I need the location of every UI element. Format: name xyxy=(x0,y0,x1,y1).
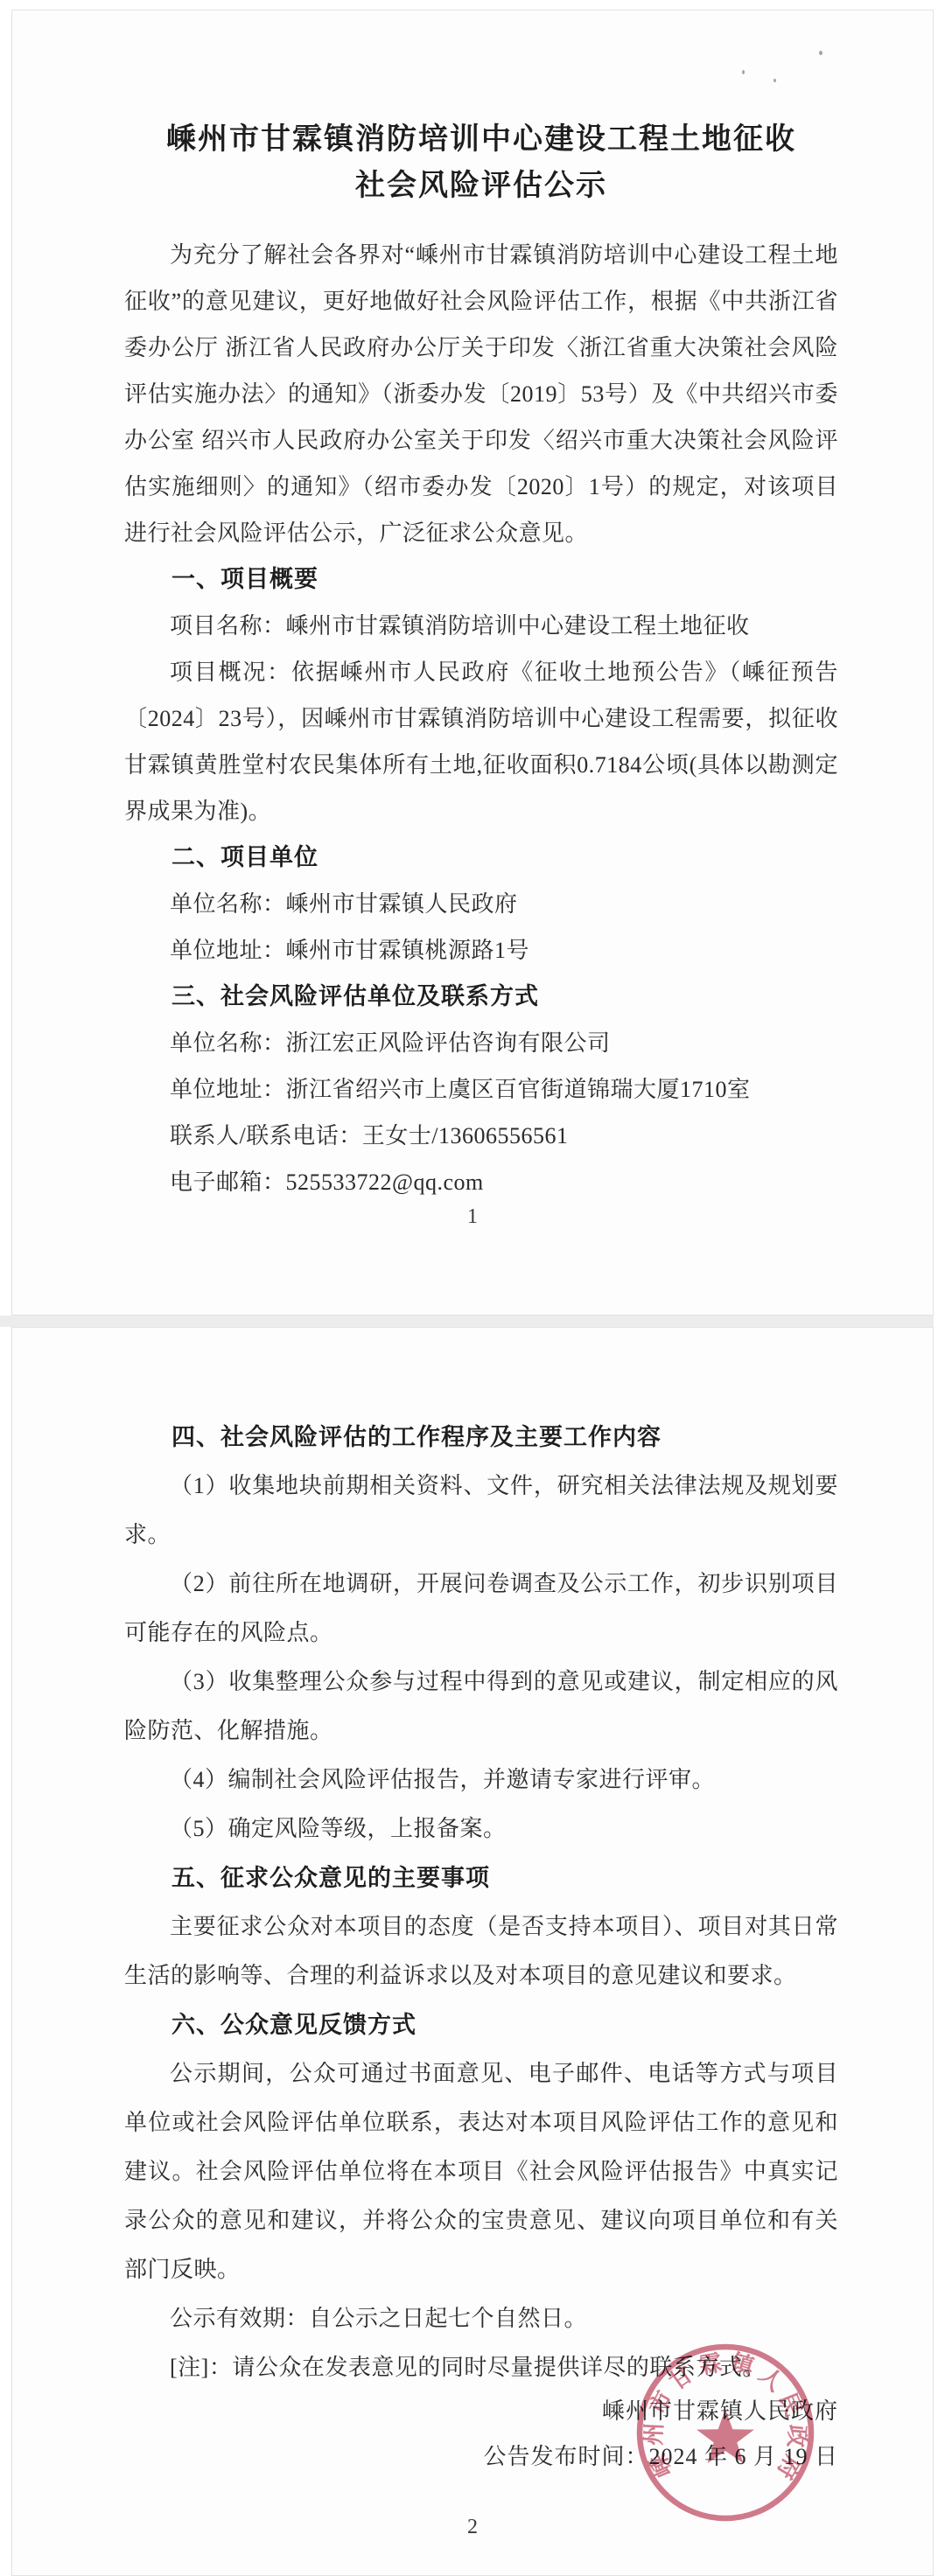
signature-block: 嵊州市甘霖镇人民政府 公告发布时间：2024 年 6 月 19 日 xyxy=(483,2389,838,2480)
scan-speck xyxy=(742,70,745,74)
procedure-item-5: （5）确定风险等级，上报备案。 xyxy=(124,1805,838,1853)
procedure-item-2: （2）前往所在地调研，开展问卷调查及公示工作，初步识别项目可能存在的风险点。 xyxy=(124,1560,838,1658)
document-viewer: 嵊州市甘霖镇消防培训中心建设工程土地征收 社会风险评估公示 为充分了解社会各界对… xyxy=(0,10,945,2576)
project-overview-paragraph: 项目概况：依据嵊州市人民政府《征收土地预公告》（嵊征预告〔2024〕23号），因… xyxy=(124,649,838,834)
section-2-heading: 二、项目单位 xyxy=(124,834,838,881)
page-divider xyxy=(0,1316,934,1327)
section-5-heading: 五、征求公众意见的主要事项 xyxy=(124,1853,838,1902)
procedure-item-3: （3）收集整理公众参与过程中得到的意见或建议，制定相应的风险防范、化解措施。 xyxy=(124,1658,838,1756)
section-3-heading: 三、社会风险评估单位及联系方式 xyxy=(124,974,838,1020)
validity-line: 公示有效期：自公示之日起七个自然日。 xyxy=(124,2294,838,2343)
page-2: 四、社会风险评估的工作程序及主要工作内容 （1）收集地块前期相关资料、文件，研究… xyxy=(11,1327,934,2576)
contact-line: 联系人/联系电话：王女士/13606556561 xyxy=(124,1113,838,1159)
intro-paragraph: 为充分了解社会各界对“嵊州市甘霖镇消防培训中心建设工程土地征收”的意见建议，更好… xyxy=(124,232,838,556)
section-1-heading: 一、项目概要 xyxy=(124,556,838,603)
procedure-item-4: （4）编制社会风险评估报告，并邀请专家进行评审。 xyxy=(124,1756,838,1805)
scan-speck xyxy=(819,51,822,55)
assess-unit-address-line: 单位地址：浙江省绍兴市上虞区百官街道锦瑞大厦1710室 xyxy=(124,1066,838,1113)
unit-address-line: 单位地址：嵊州市甘霖镇桃源路1号 xyxy=(124,927,838,974)
unit-name-line: 单位名称：嵊州市甘霖镇人民政府 xyxy=(124,881,838,927)
email-line: 电子邮箱：525533722@qq.com xyxy=(124,1159,838,1205)
project-name-line: 项目名称：嵊州市甘霖镇消防培训中心建设工程土地征收 xyxy=(124,603,838,649)
page-2-number: 2 xyxy=(12,2514,933,2540)
scan-speck xyxy=(773,79,776,82)
publish-date: 公告发布时间：2024 年 6 月 19 日 xyxy=(483,2434,838,2480)
section-4-heading: 四、社会风险评估的工作程序及主要工作内容 xyxy=(124,1413,838,1462)
note-line: [注]：请公众在发表意见的同时尽量提供详尽的联系方式。 xyxy=(124,2343,838,2392)
document-title-line1: 嵊州市甘霖镇消防培训中心建设工程土地征收 xyxy=(124,116,838,163)
document-title-line2: 社会风险评估公示 xyxy=(124,163,838,209)
assess-unit-name-line: 单位名称：浙江宏正风险评估咨询有限公司 xyxy=(124,1020,838,1066)
section-6-paragraph: 公示期间，公众可通过书面意见、电子邮件、电话等方式与项目单位或社会风险评估单位联… xyxy=(124,2049,838,2294)
section-6-heading: 六、公众意见反馈方式 xyxy=(124,2000,838,2049)
page-1: 嵊州市甘霖镇消防培训中心建设工程土地征收 社会风险评估公示 为充分了解社会各界对… xyxy=(11,10,934,1316)
procedure-item-1: （1）收集地块前期相关资料、文件，研究相关法律法规及规划要求。 xyxy=(124,1462,838,1560)
issuer-signature: 嵊州市甘霖镇人民政府 xyxy=(483,2389,838,2434)
section-5-paragraph: 主要征求公众对本项目的态度（是否支持本项目）、项目对其日常生活的影响等、合理的利… xyxy=(124,1902,838,2000)
page-1-number: 1 xyxy=(12,1204,933,1230)
